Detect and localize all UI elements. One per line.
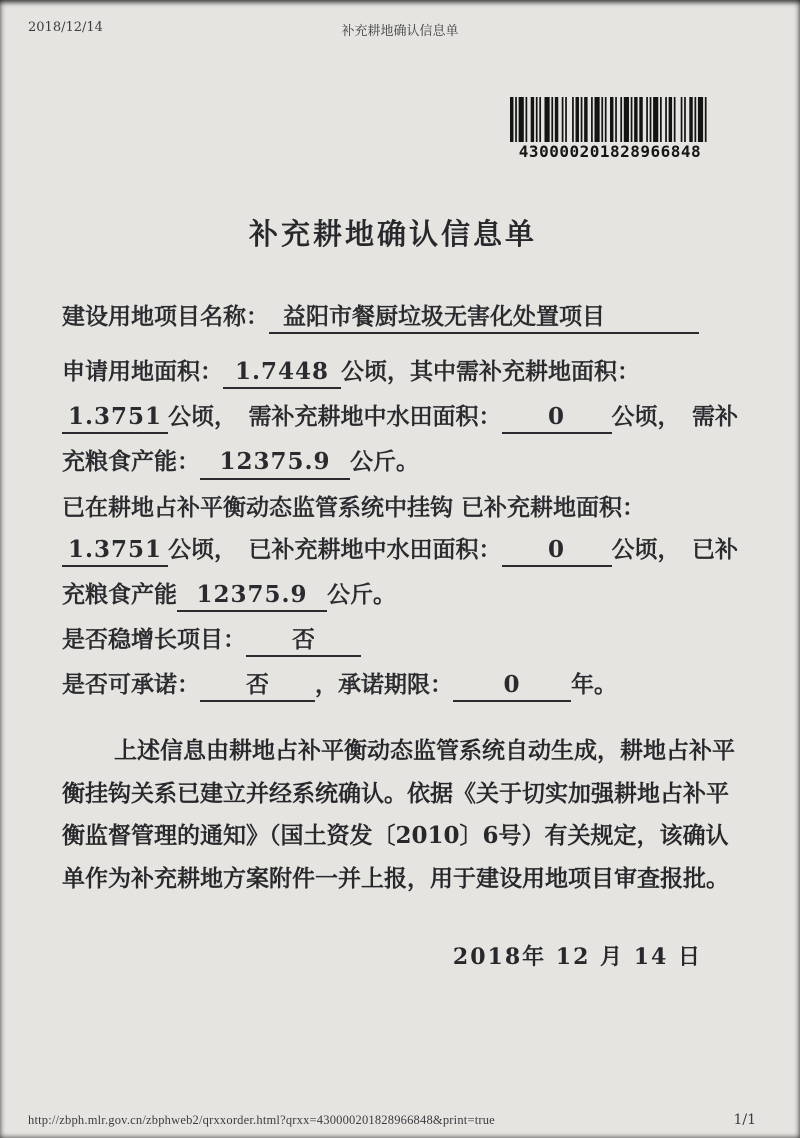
print-header-title: 补充耕地确认信息单 [0,20,800,39]
need-area-value: 1.3751 [62,405,168,434]
done-grain-suffix: 公斤。 [327,581,396,608]
signoff-date: 2018年 12 月 14 日 [0,940,702,971]
form-line-done-grain: 充粮食产能12375.9公斤。 [62,581,742,612]
statement-paragraph: 上述信息由耕地占补平衡动态监管系统自动生成，耕地占补平 衡挂钩关系已建立并经系统… [62,730,744,900]
print-header: 2018/12/14 补充耕地确认信息单 [0,20,800,38]
barcode-number: 430000201828966848 [510,142,710,161]
project-name-label: 建设用地项目名称： [62,303,269,330]
project-name-value: 益阳市餐厨垃圾无害化处置项目 [269,305,699,334]
need-grain-suffix: 公斤。 [350,448,419,475]
applied-area-suffix: 公顷，其中需补充耕地面积： [341,358,640,385]
done-paddy-suffix: 公顷， 已补 [612,536,739,563]
paragraph-line: 单作为补充耕地方案附件一并上报，用于建设用地项目审查报批。 [62,858,744,901]
need-paddy-value: 0 [502,405,612,434]
done-grain-value: 12375.9 [177,583,327,612]
form-line-need-area: 1.3751公顷， 需补充耕地中水田面积：0公顷， 需补 [62,403,742,434]
form-line-need-grain: 充粮食产能：12375.9公斤。 [62,448,742,479]
done-area-mid: 公顷， 已补充耕地中水田面积： [168,536,502,563]
promise-value: 否 [200,673,315,702]
form-line-hooked: 已在耕地占补平衡动态监管系统中挂钩 已补充耕地面积： [62,494,742,522]
paragraph-line: 衡监督管理的通知》（国土资发〔2010〕6号）有关规定，该确认 [62,815,744,858]
stable-growth-label: 是否稳增长项目： [62,626,246,653]
form-body: 建设用地项目名称：益阳市餐厨垃圾无害化处置项目 申请用地面积：1.7448公顷，… [62,303,742,702]
need-grain-label: 充粮食产能： [62,448,200,475]
promise-period-value: 0 [453,673,571,702]
print-footer-url: http://zbph.mlr.gov.cn/zbphweb2/qrxxorde… [28,1113,495,1128]
document-title: 补充耕地确认信息单 [0,212,786,253]
need-paddy-suffix: 公顷， 需补 [612,403,739,430]
need-area-mid: 公顷， 需补充耕地中水田面积： [168,403,502,430]
stable-growth-value: 否 [246,628,361,657]
barcode-bars-icon [510,97,710,142]
promise-period-suffix: 年。 [571,671,617,698]
applied-area-label: 申请用地面积： [62,358,223,385]
promise-period-label: ，承诺期限： [315,671,453,698]
print-footer-page-number: 1/1 [733,1112,756,1128]
form-line-applied-area: 申请用地面积：1.7448公顷，其中需补充耕地面积： [62,358,742,389]
done-area-value: 1.3751 [62,538,168,567]
hooked-statement: 已在耕地占补平衡动态监管系统中挂钩 已补充耕地面积： [62,494,645,521]
paragraph-line: 衡挂钩关系已建立并经系统确认。依据《关于切实加强耕地占补平 [62,773,744,816]
done-grain-label: 充粮食产能 [62,581,177,608]
done-paddy-value: 0 [502,538,612,567]
scanned-document-page: 2018/12/14 补充耕地确认信息单 430000201828966848 … [0,0,800,1138]
form-line-done-area: 1.3751公顷， 已补充耕地中水田面积：0公顷， 已补 [62,536,742,567]
form-line-stable-growth: 是否稳增长项目：否 [62,626,742,657]
applied-area-value: 1.7448 [223,360,341,389]
barcode: 430000201828966848 [510,97,710,161]
need-grain-value: 12375.9 [200,450,350,479]
form-line-promise: 是否可承诺：否，承诺期限：0年。 [62,671,742,702]
print-footer: http://zbph.mlr.gov.cn/zbphweb2/qrxxorde… [0,1110,800,1130]
form-line-project-name: 建设用地项目名称：益阳市餐厨垃圾无害化处置项目 [62,303,742,334]
paragraph-line: 上述信息由耕地占补平衡动态监管系统自动生成，耕地占补平 [62,730,744,773]
promise-label: 是否可承诺： [62,671,200,698]
